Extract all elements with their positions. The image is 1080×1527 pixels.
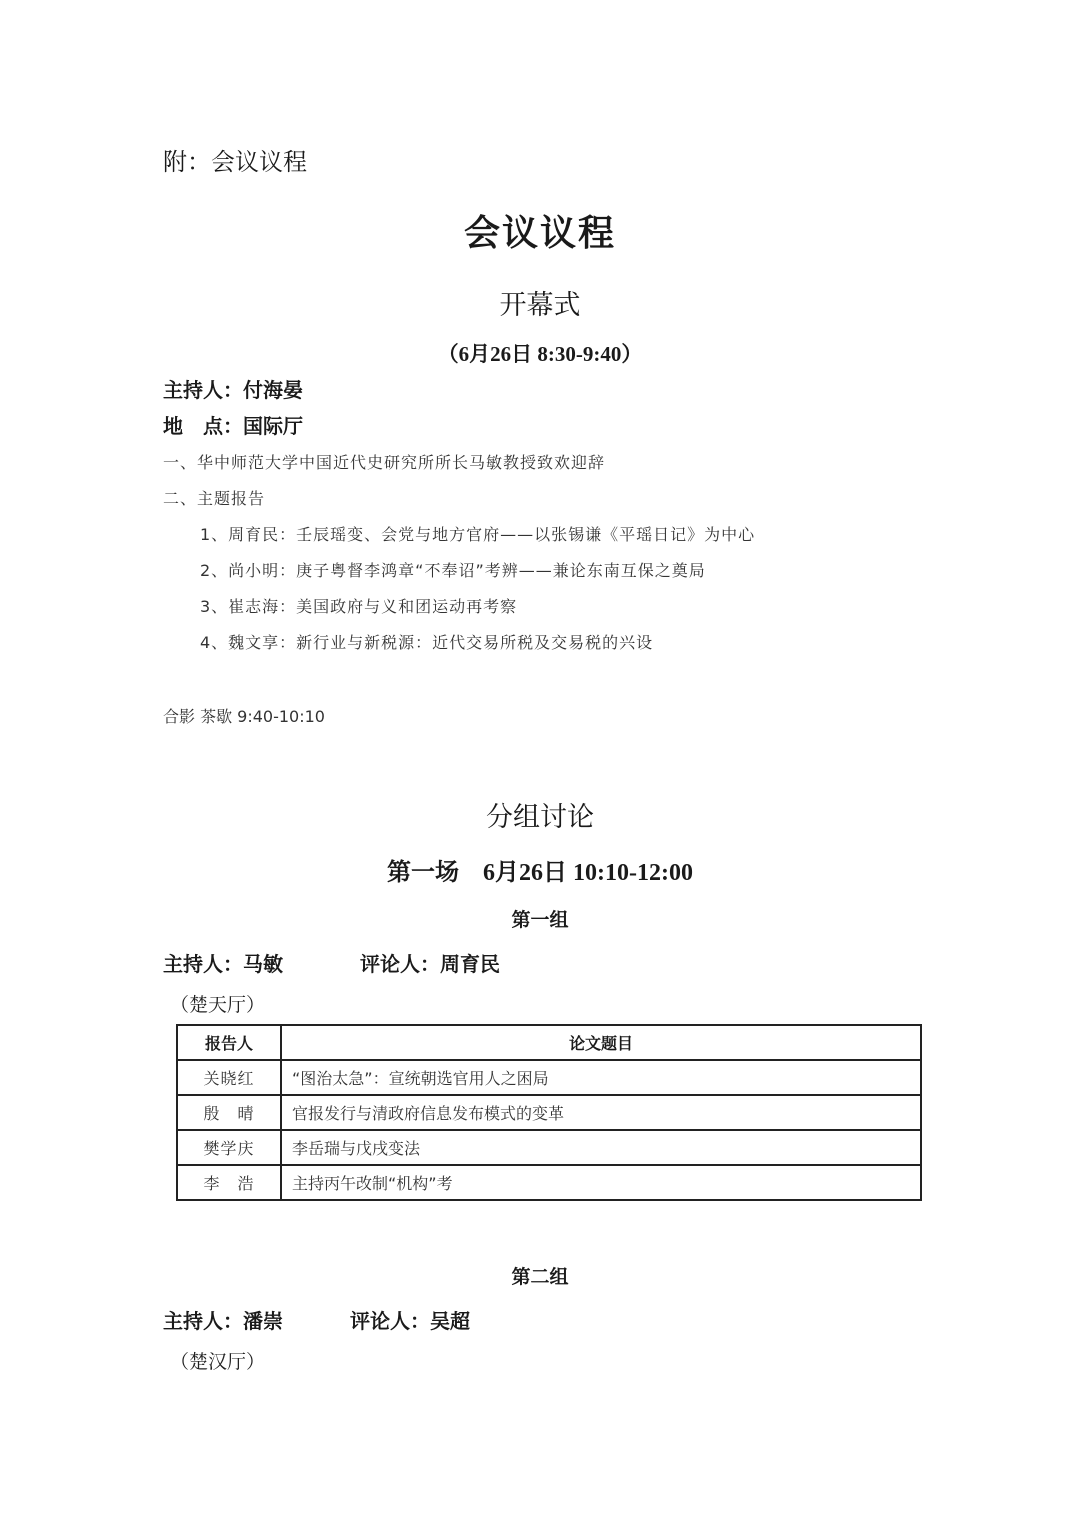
group2-commentator: 评论人：吴超 xyxy=(350,1305,470,1334)
group2-host: 主持人：潘崇 xyxy=(163,1305,283,1334)
table-row: 殷 晴 官报发行与清政府信息发布模式的变革 xyxy=(177,1095,921,1130)
paper-title: “图治太急”：宣统朝选官用人之困局 xyxy=(281,1060,921,1095)
table-row: 李 浩 主持丙午改制“机构”考 xyxy=(177,1165,921,1200)
break-note: 合影 茶歇 9:40-10:10 xyxy=(163,704,325,727)
keynote-report-4: 4、魏文享：新行业与新税源：近代交易所税及交易税的兴设 xyxy=(200,630,653,653)
keynote-report-2: 2、尚小明：庚子粤督李鸿章“不奉诏”考辨——兼论东南互保之奠局 xyxy=(200,558,706,581)
group2-title: 第二组 xyxy=(0,1262,1080,1289)
page-title: 会议议程 xyxy=(0,205,1080,256)
paper-title: 李岳瑞与戊戌变法 xyxy=(281,1130,921,1165)
opening-heading: 开幕式 xyxy=(0,283,1080,322)
group1-paper-table: 报告人 论文题目 关晓红 “图治太急”：宣统朝选官用人之困局 殷 晴 官报发行与… xyxy=(176,1024,922,1201)
table-row: 樊学庆 李岳瑞与戊戌变法 xyxy=(177,1130,921,1165)
presenter-name: 殷 晴 xyxy=(177,1095,281,1130)
table-header-row: 报告人 论文题目 xyxy=(177,1025,921,1060)
group1-title: 第一组 xyxy=(0,905,1080,932)
keynote-report-3: 3、崔志海：美国政府与义和团运动再考察 xyxy=(200,594,517,617)
header-presenter: 报告人 xyxy=(177,1025,281,1060)
presenter-name: 关晓红 xyxy=(177,1060,281,1095)
presenter-name: 樊学庆 xyxy=(177,1130,281,1165)
session1-time: 第一场 6月26日 10:10-12:00 xyxy=(0,852,1080,887)
opening-item-1: 一、华中师范大学中国近代史研究所所长马敏教授致欢迎辞 xyxy=(163,450,605,473)
paper-title: 官报发行与清政府信息发布模式的变革 xyxy=(281,1095,921,1130)
opening-venue: 地 点：国际厅 xyxy=(163,410,303,439)
group1-host: 主持人：马敏 xyxy=(163,948,283,977)
header-paper-title: 论文题目 xyxy=(281,1025,921,1060)
group1-hall: （楚天厅） xyxy=(170,990,265,1017)
opening-time: （6月26日 8:30-9:40） xyxy=(0,338,1080,368)
table-row: 关晓红 “图治太急”：宣统朝选官用人之困局 xyxy=(177,1060,921,1095)
appendix-label: 附：会议议程 xyxy=(163,142,307,177)
group1-commentator: 评论人：周育民 xyxy=(360,948,500,977)
keynote-report-1: 1、周育民：壬辰瑶变、会党与地方官府——以张锡谦《平瑶日记》为中心 xyxy=(200,522,755,545)
paper-title: 主持丙午改制“机构”考 xyxy=(281,1165,921,1200)
presenter-name: 李 浩 xyxy=(177,1165,281,1200)
group2-hall: （楚汉厅） xyxy=(170,1347,265,1374)
opening-item-2: 二、主题报告 xyxy=(163,486,265,509)
group-discussion-heading: 分组讨论 xyxy=(0,795,1080,834)
opening-host: 主持人：付海晏 xyxy=(163,374,303,403)
